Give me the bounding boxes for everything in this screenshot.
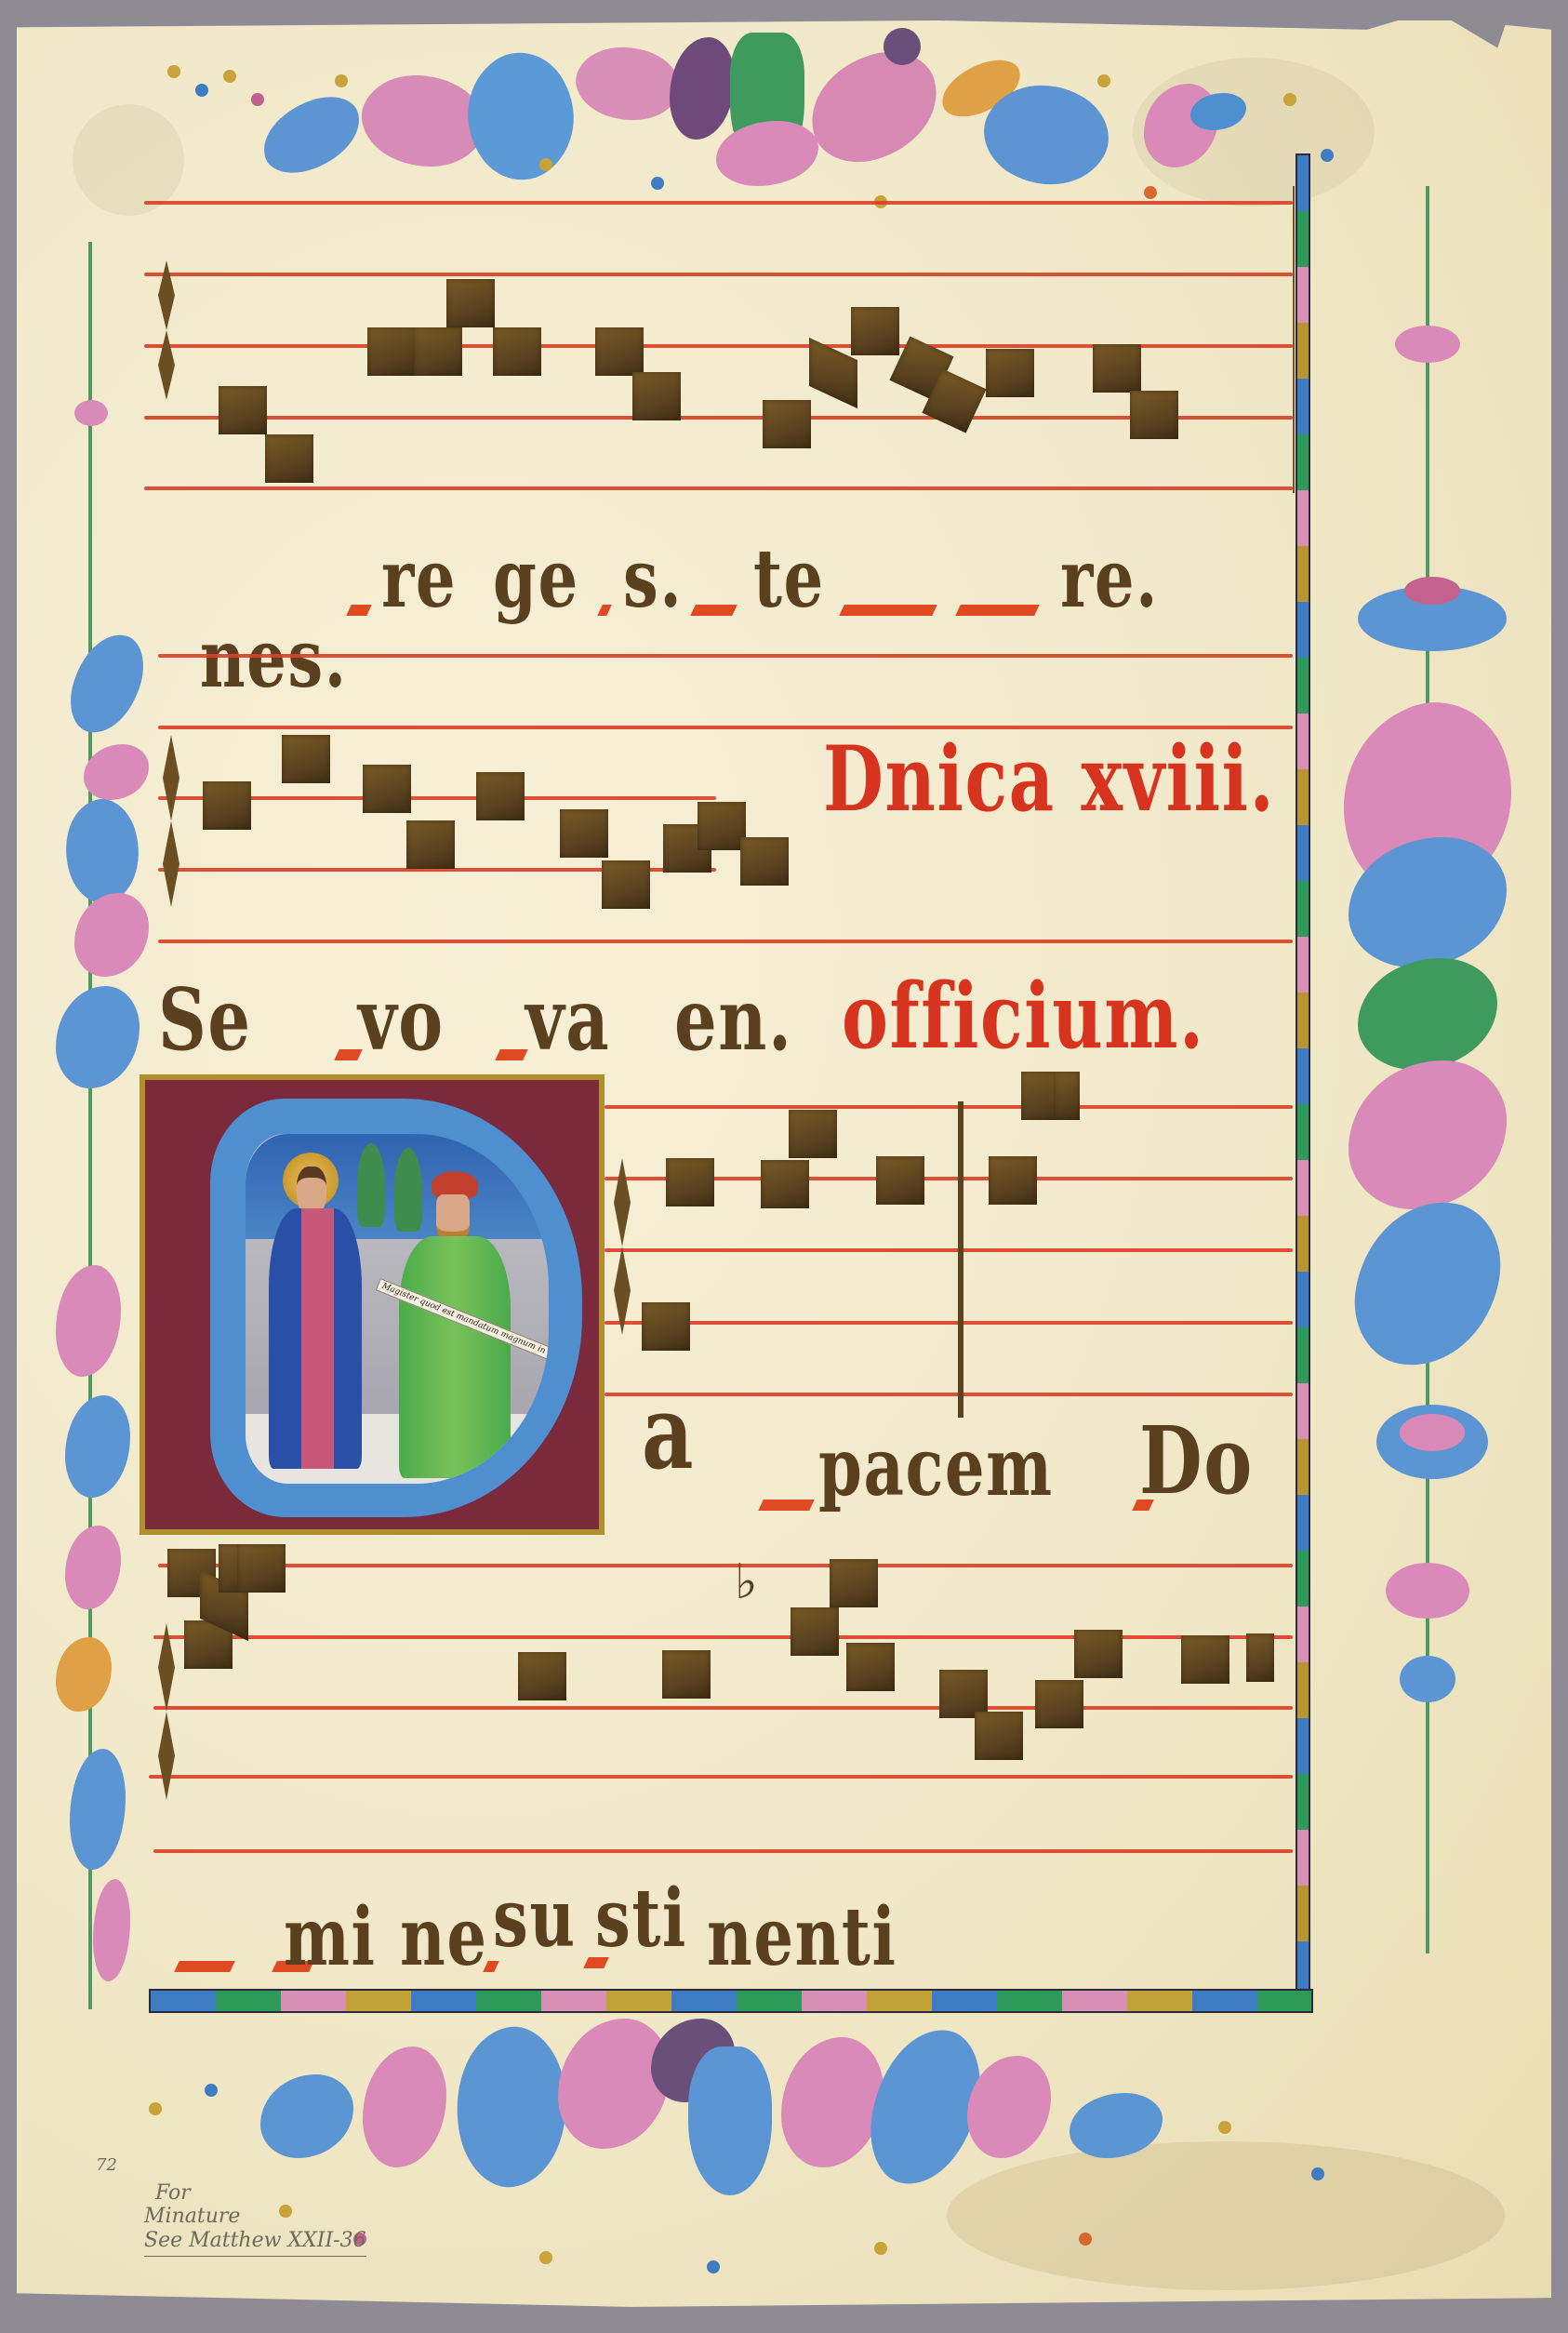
gold-dot-icon — [149, 2102, 162, 2115]
bottom-border-ornament — [149, 2019, 1404, 2205]
frame-bar-right — [1296, 153, 1310, 2008]
acanthus-leaf-icon — [56, 986, 140, 1088]
bud-icon — [884, 28, 921, 65]
acanthus-leaf-icon — [670, 37, 735, 140]
historiated-initial-d: Magister quod est mandatum magnum in leg… — [140, 1074, 605, 1535]
acanthus-leaf-icon — [781, 2037, 884, 2167]
acanthus-leaf-icon — [798, 41, 950, 173]
pencil-note: For Minature See Matthew XXII-36 — [144, 2181, 366, 2257]
cypress-tree-icon — [357, 1143, 385, 1227]
acanthus-leaf-icon — [84, 744, 149, 800]
acanthus-leaf-icon — [70, 1749, 126, 1870]
lyric-syllable: re — [381, 540, 457, 620]
central-palmette-icon — [688, 2046, 772, 2195]
lyric-syllable: Se — [158, 977, 252, 1062]
flower-icon — [1070, 2093, 1163, 2158]
flower-icon — [363, 2046, 446, 2167]
flower-icon — [260, 2074, 353, 2158]
cypress-tree-icon — [394, 1148, 422, 1232]
lyric-syllable: sti — [595, 1879, 687, 1959]
acanthus-leaf-icon — [93, 1879, 130, 1981]
syllable: nes. — [200, 612, 348, 706]
rosette-center-icon — [1404, 577, 1460, 605]
lyric-syllable: pacem — [818, 1428, 1054, 1508]
lyric-syllable: s. — [623, 540, 683, 620]
top-border-ornament — [149, 28, 1358, 205]
flower-icon — [1386, 1563, 1469, 1619]
acanthus-leaf-icon — [716, 121, 818, 186]
pharisee-figure — [399, 1236, 511, 1478]
right-border-ornament — [1321, 186, 1535, 2000]
lyric-syllable: re. — [1060, 540, 1159, 620]
acanthus-leaf-icon — [65, 1526, 121, 1609]
acanthus-leaf-icon — [53, 793, 152, 911]
lyric-syllable: ne — [400, 1898, 488, 1978]
pencil-note-line: See Matthew XXII-36 — [144, 2229, 366, 2257]
acanthus-leaf-icon — [1345, 1189, 1511, 1378]
acanthus-leaf-icon — [252, 87, 370, 182]
lyric-syllable: su — [493, 1879, 577, 1959]
lyric-syllable: en. — [674, 977, 792, 1062]
lyric-syllable: Do — [1139, 1414, 1254, 1507]
acanthus-leaf-icon — [1349, 1060, 1507, 1209]
bar-line — [958, 1101, 963, 1418]
flower-icon — [1395, 326, 1460, 363]
rubric-dominica: Dnica xviii. — [823, 735, 1275, 824]
lyric-syllable: nenti — [707, 1898, 897, 1978]
lyric-line-1: nes. — [153, 540, 348, 700]
left-border-ornament — [37, 242, 149, 2009]
bud-icon — [56, 1637, 112, 1712]
acanthus-leaf-icon — [56, 1265, 121, 1377]
lyric-syllable: te — [753, 540, 825, 620]
rubric-officium: officium. — [842, 972, 1205, 1061]
acanthus-leaf-icon — [74, 893, 149, 977]
folio-mark: 72 — [96, 2156, 117, 2176]
pencil-note-line: For — [144, 2181, 366, 2205]
pencil-note-line: Minature — [144, 2205, 366, 2228]
acanthus-leaf-icon — [558, 2019, 670, 2149]
christ-figure — [269, 1208, 362, 1469]
lyric-syllable: ge — [493, 540, 579, 620]
frame-bar-bottom — [149, 1989, 1313, 2013]
acanthus-leaf-icon — [62, 626, 152, 741]
lyric-syllable: vo — [358, 977, 445, 1062]
miniature-scene: Magister quod est mandatum magnum in leg… — [246, 1134, 549, 1484]
lyric-syllable: mi — [284, 1898, 377, 1978]
flower-icon — [74, 400, 108, 426]
flower-icon — [967, 2056, 1051, 2158]
acanthus-leaf-icon — [65, 1395, 130, 1498]
lyric-syllable: a — [642, 1381, 695, 1484]
flat-sign-icon: ♭ — [735, 1553, 758, 1610]
vine-stem — [88, 242, 92, 2009]
gold-dot-icon — [167, 65, 180, 78]
flower-center-icon — [1400, 1414, 1465, 1451]
acanthus-leaf-icon — [1358, 958, 1497, 1070]
lyric-syllable: va — [525, 977, 610, 1062]
flower-icon — [1400, 1656, 1455, 1702]
